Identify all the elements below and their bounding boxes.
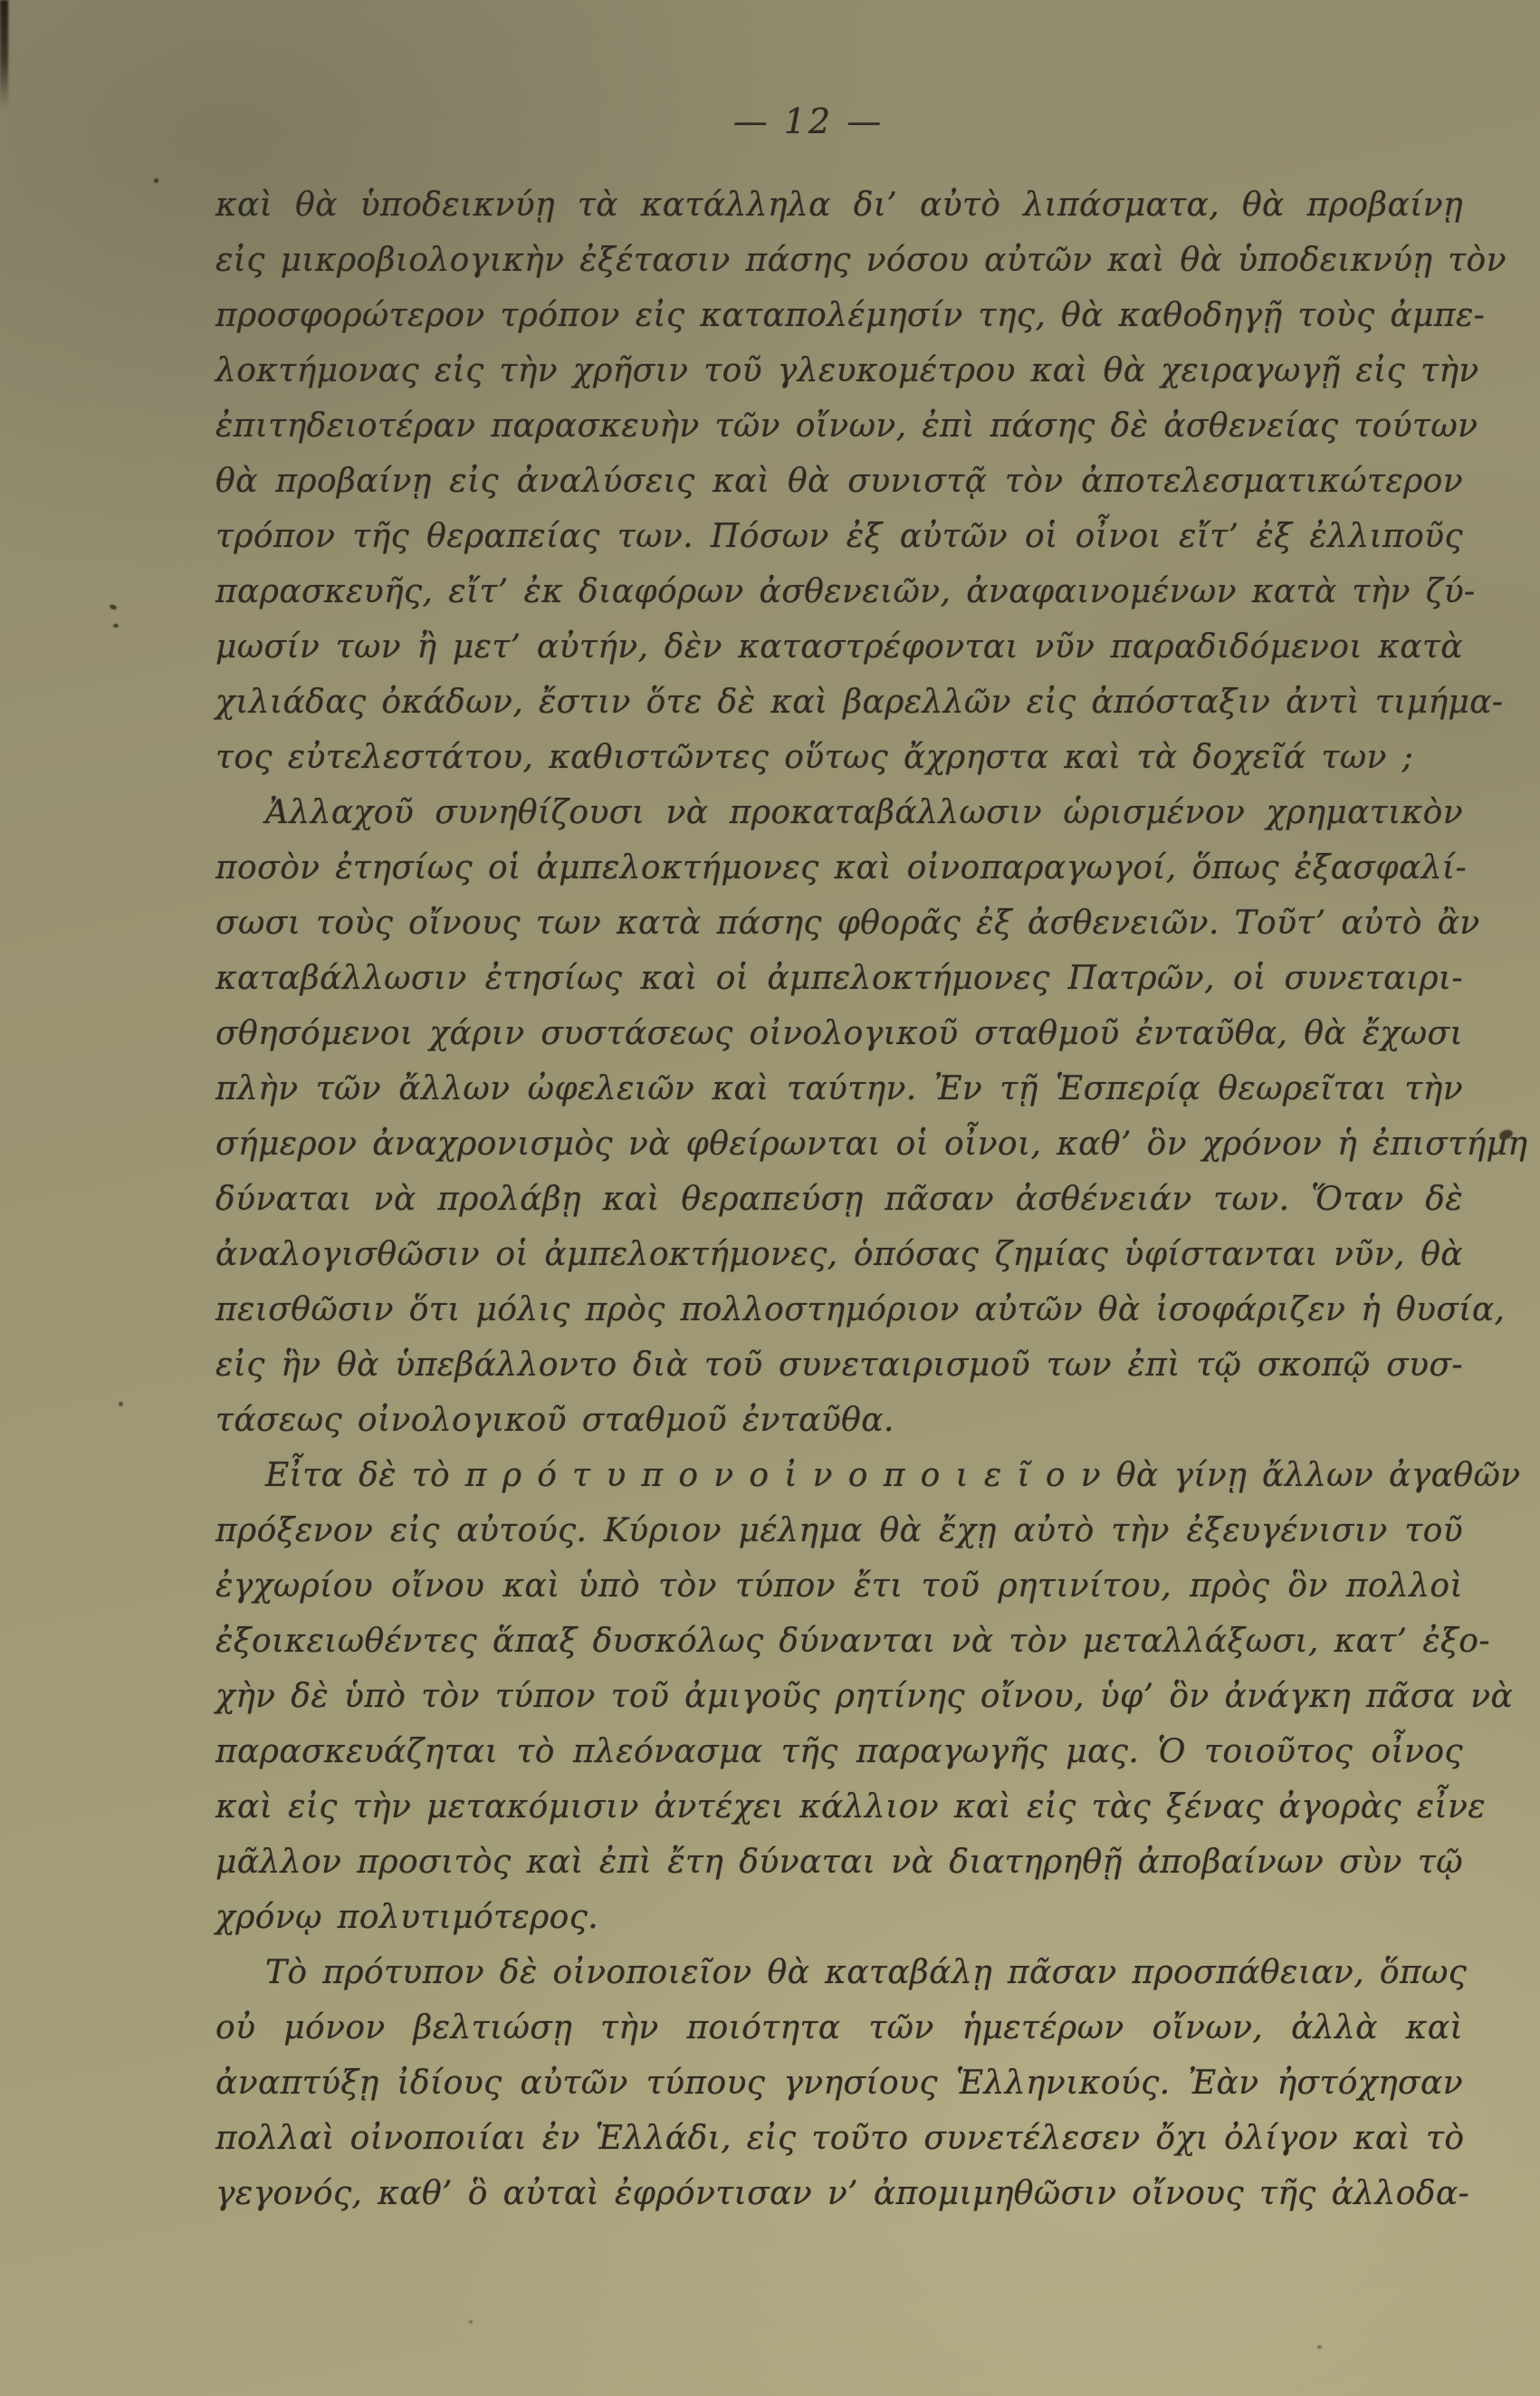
paragraph: καὶ θὰ ὑποδεικνύῃ τὰ κατάλληλα δι’ αὐτὸ … [215,177,1463,785]
text-line: λοκτήμονας εἰς τὴν χρῆσιν τοῦ γλευκομέτρ… [215,343,1463,398]
text-line: πεισθῶσιν ὅτι μόλις πρὸς πολλοστημόριον … [215,1282,1463,1337]
text-line: δύναται νὰ προλάβῃ καὶ θεραπεύσῃ πᾶσαν ἀ… [215,1172,1463,1227]
ink-speck [113,624,119,628]
text-line: ποσὸν ἐτησίως οἱ ἀμπελοκτήμονες καὶ οἰνο… [215,840,1463,896]
text-line: καὶ εἰς τὴν μετακόμισιν ἀντέχει κάλλιον … [215,1779,1463,1835]
text-line: εἰς ἣν θὰ ὑπεβάλλοντο διὰ τοῦ συνεταιρισ… [215,1337,1463,1393]
text-line: παρασκευάζηται τὸ πλεόνασμα τῆς παραγωγῆ… [215,1724,1463,1779]
text-line: τρόπον τῆς θεραπείας των. Πόσων ἐξ αὐτῶν… [215,509,1463,564]
body-text: καὶ θὰ ὑποδεικνύῃ τὰ κατάλληλα δι’ αὐτὸ … [215,177,1463,2221]
text-line: ἐπιτηδειοτέραν παρασκευὴν τῶν οἴνων, ἐπὶ… [215,398,1463,454]
text-line: ἀναπτύξῃ ἰδίους αὐτῶν τύπους γνησίους Ἑλ… [215,2056,1463,2111]
text-line: Εἶτα δὲ τὸ π ρ ό τ υ π ο ν ο ἰ ν ο π ο ι… [215,1448,1463,1503]
paragraph: Τὸ πρότυπον δὲ οἰνοποιεῖον θὰ καταβάλῃ π… [215,1945,1463,2221]
text-line: τάσεως οἰνολογικοῦ σταθμοῦ ἐνταῦθα. [215,1393,1463,1448]
text-line: παρασκευῆς, εἴτ’ ἐκ διαφόρων ἀσθενειῶν, … [215,564,1463,619]
text-line: οὐ μόνον βελτιώσῃ τὴν ποιότητα τῶν ἡμετέ… [215,2000,1463,2056]
ink-speck [469,2320,473,2324]
text-line: ἐγχωρίου οἴνου καὶ ὑπὸ τὸν τύπον ἔτι τοῦ… [215,1558,1463,1614]
text-line: χρόνῳ πολυτιμότερος. [215,1890,1463,1945]
text-line: γεγονός, καθ’ ὃ αὐταὶ ἐφρόντισαν ν’ ἀπομ… [215,2166,1463,2221]
text-line: χὴν δὲ ὑπὸ τὸν τύπον τοῦ ἀμιγοῦς ρητίνης… [215,1669,1463,1724]
text-line: τος εὐτελεστάτου, καθιστῶντες οὕτως ἄχρη… [215,730,1463,785]
text-line: πρόξενον εἰς αὐτούς. Κύριον μέλημα θὰ ἔχ… [215,1503,1463,1558]
text-line: προσφορώτερον τρόπον εἰς καταπολέμησίν τ… [215,288,1463,343]
ink-speck [154,178,158,183]
text-line: σθησόμενοι χάριν συστάσεως οἰνολογικοῦ σ… [215,1006,1463,1061]
text-line: μᾶλλον προσιτὸς καὶ ἐπὶ ἔτη δύναται νὰ δ… [215,1835,1463,1890]
text-line: Τὸ πρότυπον δὲ οἰνοποιεῖον θὰ καταβάλῃ π… [215,1945,1463,2000]
text-line: σωσι τοὺς οἴνους των κατὰ πάσης φθορᾶς ἐ… [215,896,1463,951]
page-number: — 12 — [215,101,1401,141]
ink-speck [1317,2345,1322,2349]
paragraph: Εἶτα δὲ τὸ π ρ ό τ υ π ο ν ο ἰ ν ο π ο ι… [215,1448,1463,1945]
text-line: εἰς μικροβιολογικὴν ἐξέτασιν πάσης νόσου… [215,233,1463,288]
text-line: πλὴν τῶν ἄλλων ὠφελειῶν καὶ ταύτην. Ἐν τ… [215,1061,1463,1117]
text-line: θὰ προβαίνῃ εἰς ἀναλύσεις καὶ θὰ συνιστᾷ… [215,454,1463,509]
text-line: χιλιάδας ὀκάδων, ἔστιν ὅτε δὲ καὶ βαρελλ… [215,675,1463,730]
scanned-document-page: — 12 — καὶ θὰ ὑποδεικνύῃ τὰ κατάλληλα δι… [0,0,1540,2396]
text-line: καταβάλλωσιν ἐτησίως καὶ οἱ ἀμπελοκτήμον… [215,951,1463,1006]
text-line: καὶ θὰ ὑποδεικνύῃ τὰ κατάλληλα δι’ αὐτὸ … [215,177,1463,233]
text-line: Ἀλλαχοῦ συνηθίζουσι νὰ προκαταβάλλωσιν ὡ… [215,785,1463,840]
paragraph: Ἀλλαχοῦ συνηθίζουσι νὰ προκαταβάλλωσιν ὡ… [215,785,1463,1448]
scan-content-layer: — 12 — καὶ θὰ ὑποδεικνύῃ τὰ κατάλληλα δι… [0,0,1540,2396]
ink-speck [119,1402,123,1406]
text-line: ἐξοικειωθέντες ἅπαξ δυσκόλως δύνανται νὰ… [215,1614,1463,1669]
text-line: σήμερον ἀναχρονισμὸς νὰ φθείρωνται οἱ οἶ… [215,1117,1463,1172]
text-line: μωσίν των ἢ μετ’ αὐτήν, δὲν καταστρέφοντ… [215,619,1463,675]
text-line: ἀναλογισθῶσιν οἱ ἀμπελοκτήμονες, ὁπόσας … [215,1227,1463,1282]
text-line: πολλαὶ οἰνοποιίαι ἐν Ἑλλάδι, εἰς τοῦτο σ… [215,2111,1463,2166]
